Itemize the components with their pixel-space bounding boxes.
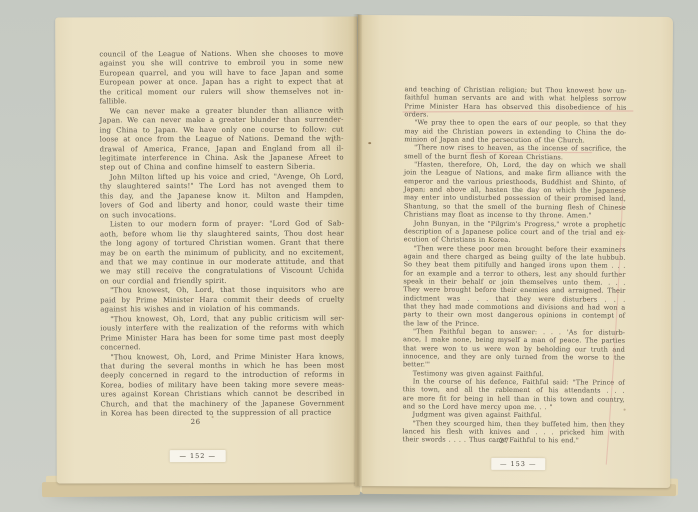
- paragraph: "Thou knowest, Oh, Lord, that any public…: [100, 314, 344, 353]
- text-line: Listen to our modern form of prayer: "Lo…: [100, 220, 344, 230]
- paragraph: "Hasten, therefore, Oh, Lord, the day on…: [404, 160, 626, 220]
- text-line: we may still receive the congratulations…: [100, 267, 344, 277]
- paragraph: "Then Faithful began to answer: . . . 'A…: [403, 327, 625, 370]
- book-photo: council of the League of Nations. When s…: [0, 0, 698, 512]
- foxing-speck: [332, 141, 334, 143]
- paragraph: and teaching of Christian religion; but …: [404, 85, 626, 120]
- paragraph: council of the League of Nations. When s…: [99, 50, 343, 108]
- text-line: the long agony of tortured Christian wom…: [100, 239, 344, 249]
- right-page-number: 27: [454, 437, 554, 446]
- paragraph: Listen to our modern form of prayer: "Lo…: [100, 220, 344, 287]
- left-page-text: council of the League of Nations. When s…: [99, 50, 344, 420]
- foxing-speck: [368, 142, 371, 144]
- right-page: and teaching of Christian religion; but …: [355, 15, 673, 488]
- paragraph: We can never make a greater blunder than…: [100, 106, 344, 173]
- paragraph: "Then were these poor men brought before…: [403, 244, 626, 329]
- right-folio-label: — 153 —: [491, 458, 545, 470]
- paragraph: John Bunyan, in the "Pilgrim's Progress,…: [404, 219, 626, 245]
- paragraph: In the course of his defence, Faithful s…: [403, 377, 625, 412]
- book-gutter: [353, 14, 362, 486]
- text-line: iously interfere with the realization of…: [100, 324, 344, 334]
- foxing-speck: [212, 416, 214, 418]
- text-line: the critical moment our rulers will show…: [99, 87, 343, 97]
- paragraph: "Thou knowest, Oh, Lord, and Prime Minis…: [100, 352, 344, 419]
- text-line: paid by Prime Minister Hara commit their…: [100, 295, 344, 305]
- left-folio-label: — 152 —: [170, 450, 226, 462]
- paragraph: John Milton lifted up his voice and crie…: [100, 172, 344, 220]
- paragraph: "Thou knowest, Oh, Lord, that those inqu…: [100, 286, 344, 315]
- left-page-number: 26: [146, 418, 246, 426]
- foxing-speck: [624, 409, 626, 411]
- text-line: ures against Korean Christians which can…: [100, 390, 344, 400]
- paragraph: "We pray thee to open the ears of our pe…: [404, 119, 626, 145]
- text-line: Japan. We can never make a greater blund…: [100, 116, 344, 126]
- text-line: Prime Minister Hara has been for some ti…: [100, 333, 344, 343]
- text-line: thy slaughtered saints!" The Lord has no…: [100, 182, 344, 192]
- right-page-text: and teaching of Christian religion; but …: [402, 85, 626, 445]
- text-line: "Thou knowest, Oh, Lord, that those inqu…: [100, 286, 344, 296]
- text-line: lovers of God and liberty and honor, cou…: [100, 201, 344, 211]
- left-page: council of the League of Nations. When s…: [55, 16, 359, 483]
- text-line: loose at once from the League of Nations…: [100, 135, 344, 145]
